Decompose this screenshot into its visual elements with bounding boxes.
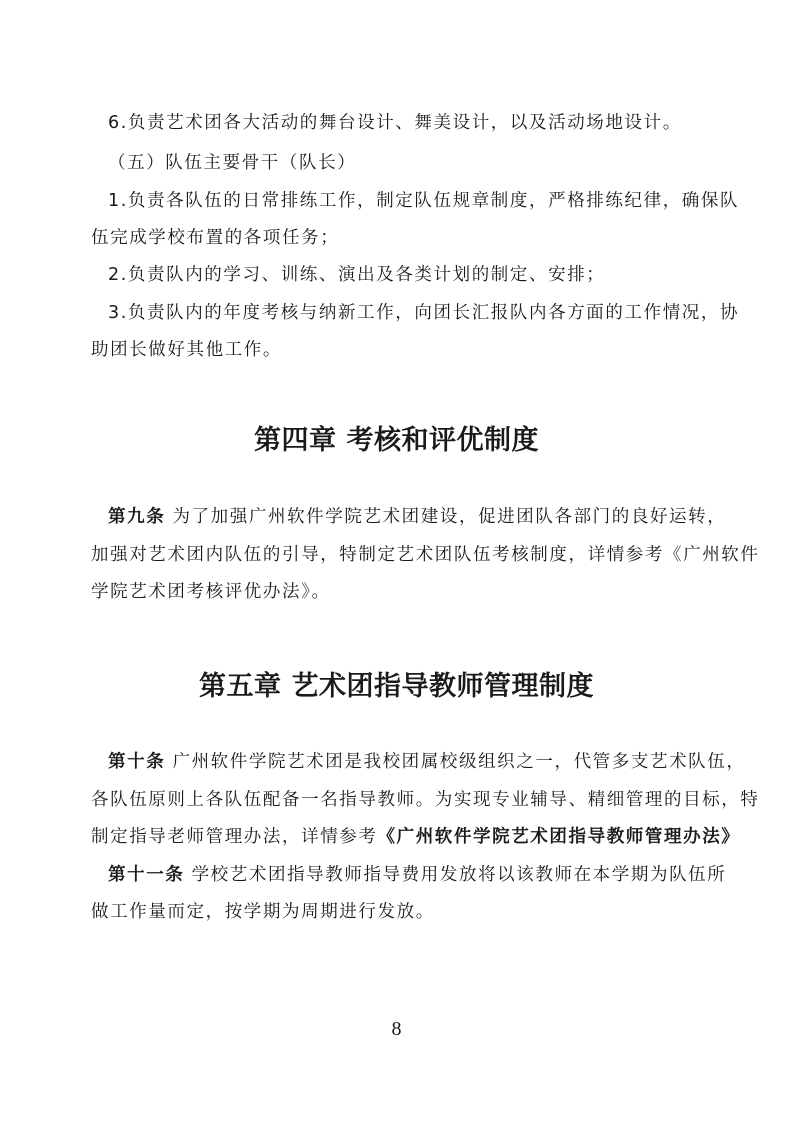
paragraph-line: 6.负责艺术团各大活动的舞台设计、舞美设计，以及活动场地设计。 [108,112,682,134]
article-10-label: 第十条 [108,752,165,772]
article-9-text: 为了加强广州软件学院艺术团建设，促进团队各部门的良好运转， [165,507,726,527]
paragraph-line: 伍完成学校布置的各项任务； [91,227,339,249]
paragraph-line: 1.负责各队伍的日常排练工作，制定队伍规章制度，严格排练纪律，确保队 [108,190,739,212]
reference-title: 《广州软件学院艺术团指导教师管理办法》 [378,827,741,847]
article-11-label: 第十一条 [108,865,184,885]
paragraph-line: 加强对艺术团内队伍的引导，特制定艺术团队伍考核制度，详情参考《广州软件 [91,544,760,566]
reference-text: 制定指导老师管理办法，详情参考 [91,827,378,847]
paragraph-line: 2.负责队内的学习、训练、演出及各类计划的制定、安排； [108,264,605,286]
paragraph-line: 助团长做好其他工作。 [91,339,282,361]
paragraph-line: 学院艺术团考核评优办法》。 [91,581,331,603]
article-9-label: 第九条 [108,507,165,527]
paragraph-line: 做工作量而定，按学期为周期进行发放。 [91,901,435,923]
section-heading: （五）队伍主要骨干（队长） [108,152,356,174]
article-9-line: 第九条 为了加强广州软件学院艺术团建设，促进团队各部门的良好运转， [108,506,726,528]
article-10-line: 第十条 广州软件学院艺术团是我校团属校级组织之一，代管多支艺术队伍， [108,751,745,773]
paragraph-line: 制定指导老师管理办法，详情参考《广州软件学院艺术团指导教师管理办法》 [91,826,740,848]
article-11-line: 第十一条 学校艺术团指导教师指导费用发放将以该教师在本学期为队伍所 [108,864,726,886]
paragraph-line: 3.负责队内的年度考核与纳新工作，向团长汇报队内各方面的工作情况，协 [108,302,739,324]
article-10-text: 广州软件学院艺术团是我校团属校级组织之一，代管多支艺术队伍， [165,752,745,772]
page-number: 8 [0,1018,793,1041]
article-11-text: 学校艺术团指导教师指导费用发放将以该教师在本学期为队伍所 [184,865,726,885]
chapter-5-title: 第五章 艺术团指导教师管理制度 [0,664,793,703]
paragraph-line: 各队伍原则上各队伍配备一名指导教师。为实现专业辅导、精细管理的目标，特 [91,789,760,811]
chapter-4-title: 第四章 考核和评优制度 [0,418,793,457]
